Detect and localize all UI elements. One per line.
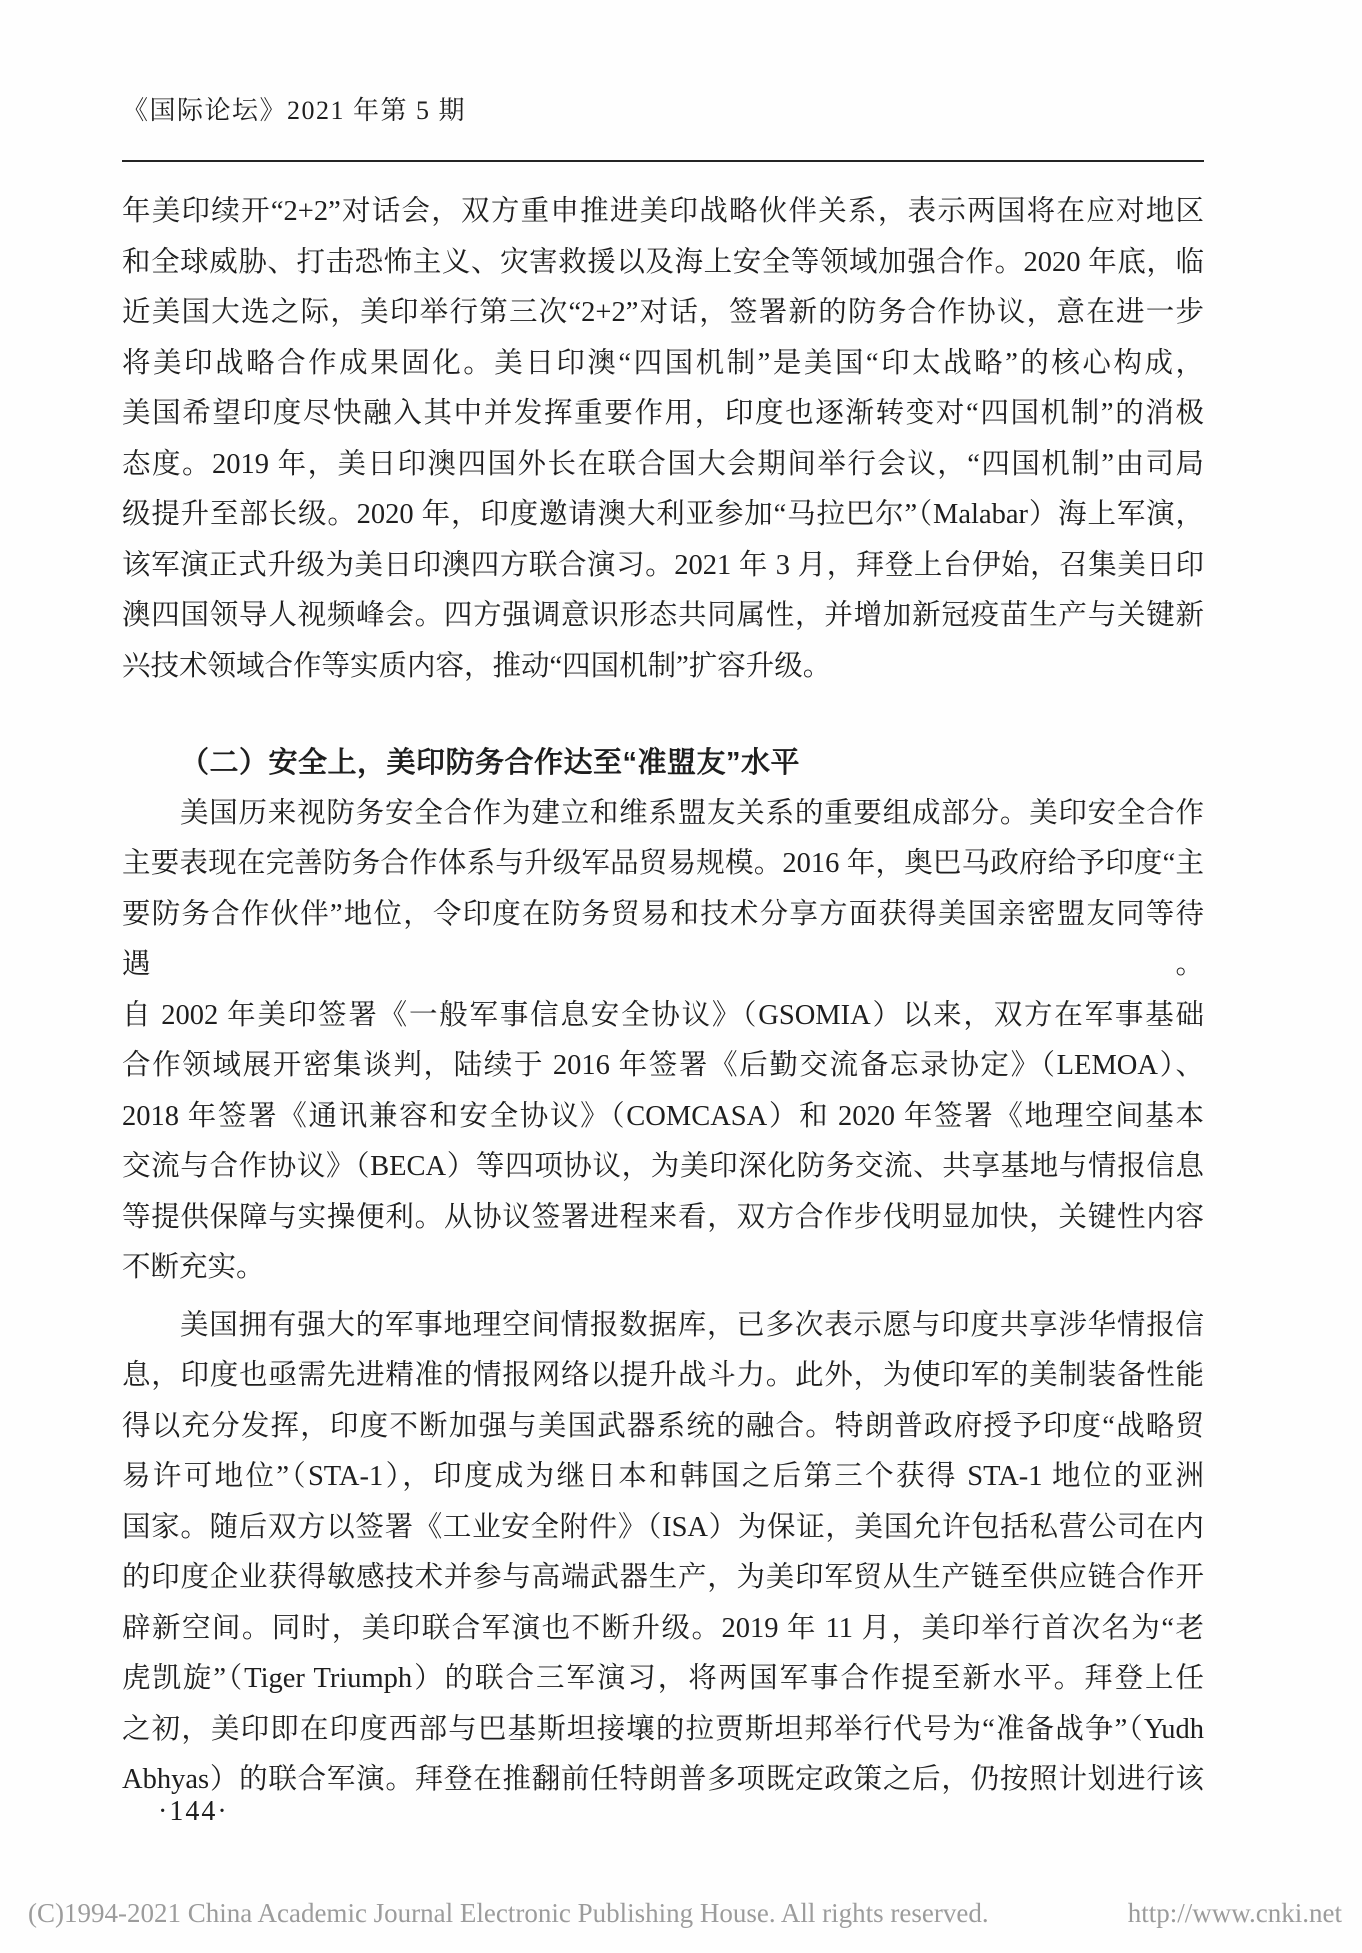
journal-header: 《国际论坛》2021 年第 5 期 <box>122 90 466 127</box>
text-line: 等提供保障与实操便利。从协议签署进程来看，双方合作步伐明显加快，关键性内容 <box>122 1193 1204 1244</box>
text-line: 近美国大选之际，美印举行第三次“2+2”对话，签署新的防务合作协议，意在进一步 <box>122 288 1204 339</box>
text-line: 2018 年签署《通讯兼容和安全协议》（COMCASA）和 2020 年签署《地… <box>122 1092 1204 1143</box>
text-line: 得以充分发挥，印度不断加强与美国武器系统的融合。特朗普政府授予印度“战略贸 <box>122 1402 1204 1453</box>
text-line: 美国拥有强大的军事地理空间情报数据库，已多次表示愿与印度共享涉华情报信 <box>122 1301 1204 1352</box>
text-line: 合作领域展开密集谈判，陆续于 2016 年签署《后勤交流备忘录协定》（LEMOA… <box>122 1041 1204 1092</box>
text-line: 澳四国领导人视频峰会。四方强调意识形态共同属性，并增加新冠疫苗生产与关键新 <box>122 591 1204 642</box>
text-line: 美国希望印度尽快融入其中并发挥重要作用，印度也逐渐转变对“四国机制”的消极 <box>122 389 1204 440</box>
text-line: 交流与合作协议》（BECA）等四项协议，为美印深化防务交流、共享基地与情报信息 <box>122 1142 1204 1193</box>
document-page: 《国际论坛》2021 年第 5 期 年美印续开“2+2”对话会，双方重申推进美印… <box>0 0 1362 1953</box>
text-line: 不断充实。 <box>122 1243 1204 1294</box>
text-line: 要防务合作伙伴”地位，令印度在防务贸易和技术分享方面获得美国亲密盟友同等待遇。 <box>122 890 1204 991</box>
text-line: 的印度企业获得敏感技术并参与高端武器生产，为美印军贸从生产链至供应链合作开 <box>122 1553 1204 1604</box>
footer-url: http://www.cnki.net <box>1128 1898 1342 1929</box>
text-line: 主要表现在完善防务合作体系与升级军品贸易规模。2016 年，奥巴马政府给予印度“… <box>122 839 1204 890</box>
section-heading: （二）安全上，美印防务合作达至“准盟友”水平 <box>122 738 1204 789</box>
text-line: 该军演正式升级为美日印澳四方联合演习。2021 年 3 月，拜登上台伊始，召集美… <box>122 541 1204 592</box>
paragraph: 美国历来视防务安全合作为建立和维系盟友关系的重要组成部分。美印安全合作主要表现在… <box>122 789 1204 1294</box>
footer-copyright: (C)1994-2021 China Academic Journal Elec… <box>28 1898 989 1929</box>
text-line: 之初，美印即在印度西部与巴基斯坦接壤的拉贾斯坦邦举行代号为“准备战争”（Yudh <box>122 1705 1204 1756</box>
text-line: 自 2002 年美印签署《一般军事信息安全协议》（GSOMIA）以来，双方在军事… <box>122 991 1204 1042</box>
paragraph: 年美印续开“2+2”对话会，双方重申推进美印战略伙伴关系，表示两国将在应对地区和… <box>122 187 1204 692</box>
text-line: 将美印战略合作成果固化。美日印澳“四国机制”是美国“印太战略”的核心构成， <box>122 339 1204 390</box>
text-line: 国家。随后双方以签署《工业安全附件》（ISA）为保证，美国允许包括私营公司在内 <box>122 1503 1204 1554</box>
body-text: 年美印续开“2+2”对话会，双方重申推进美印战略伙伴关系，表示两国将在应对地区和… <box>122 187 1204 1806</box>
text-line: 级提升至部长级。2020 年，印度邀请澳大利亚参加“马拉巴尔”（Malabar）… <box>122 490 1204 541</box>
text-line: 和全球威胁、打击恐怖主义、灾害救援以及海上安全等领域加强合作。2020 年底，临 <box>122 238 1204 289</box>
text-line: 易许可地位”（STA-1），印度成为继日本和韩国之后第三个获得 STA-1 地位… <box>122 1452 1204 1503</box>
page-number: ·144· <box>158 1796 229 1828</box>
text-line: 年美印续开“2+2”对话会，双方重申推进美印战略伙伴关系，表示两国将在应对地区 <box>122 187 1204 238</box>
text-line: Abhyas）的联合军演。拜登在推翻前任特朗普多项既定政策之后，仍按照计划进行该 <box>122 1755 1204 1806</box>
header-rule <box>122 160 1204 162</box>
paragraph: 美国拥有强大的军事地理空间情报数据库，已多次表示愿与印度共享涉华情报信息，印度也… <box>122 1301 1204 1806</box>
text-line: 兴技术领域合作等实质内容，推动“四国机制”扩容升级。 <box>122 642 1204 693</box>
footer: (C)1994-2021 China Academic Journal Elec… <box>28 1898 1342 1929</box>
text-line: 美国历来视防务安全合作为建立和维系盟友关系的重要组成部分。美印安全合作 <box>122 789 1204 840</box>
text-line: 虎凯旋”（Tiger Triumph）的联合三军演习，将两国军事合作提至新水平。… <box>122 1654 1204 1705</box>
text-line: 辟新空间。同时，美印联合军演也不断升级。2019 年 11 月，美印举行首次名为… <box>122 1604 1204 1655</box>
text-line: 息，印度也亟需先进精准的情报网络以提升战斗力。此外，为使印军的美制装备性能 <box>122 1351 1204 1402</box>
text-line: 态度。2019 年，美日印澳四国外长在联合国大会期间举行会议，“四国机制”由司局 <box>122 440 1204 491</box>
